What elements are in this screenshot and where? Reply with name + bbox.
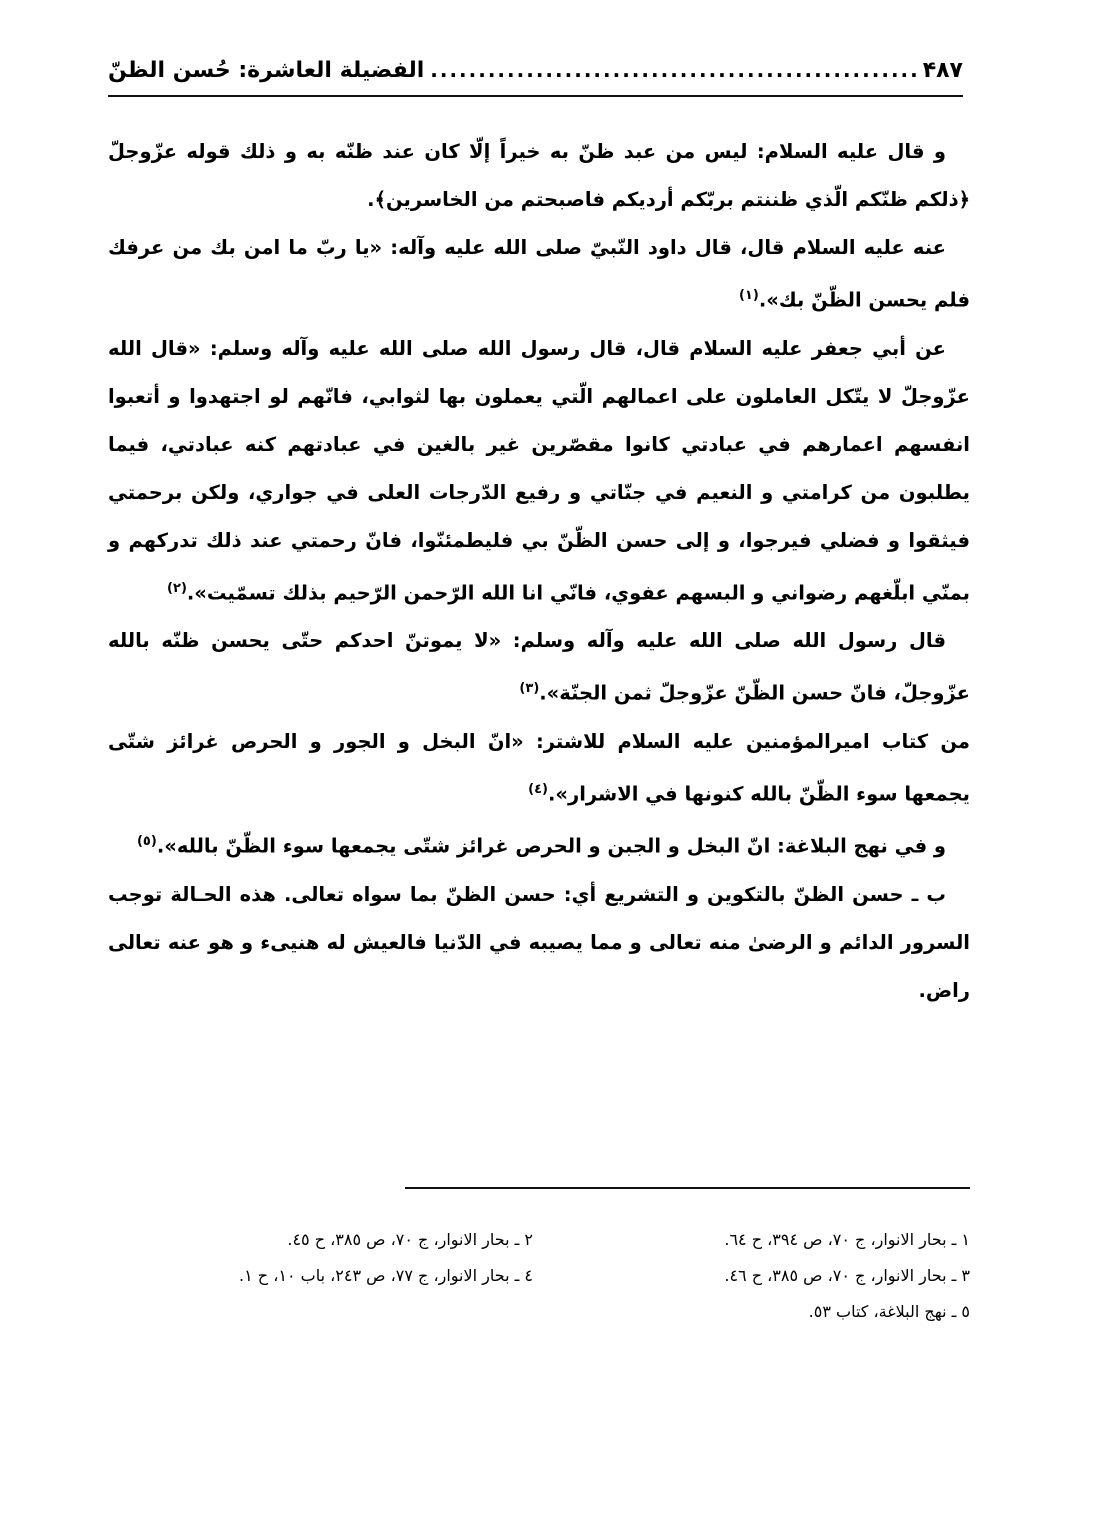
leader-dots: ........................................…	[430, 58, 916, 82]
page-number: ۴۸۷	[923, 58, 963, 83]
book-page: الفضيلة العاشرة: حُسن الظنّ ............…	[0, 0, 1093, 1538]
footnote-row: ٥ ـ نهج البلاغة، كتاب ٥٣.	[108, 1294, 970, 1330]
main-text: و قال عليه السلام: ليس من عبد ظنّ به خير…	[108, 128, 970, 1015]
chapter-title: الفضيلة العاشرة: حُسن الظنّ	[108, 58, 424, 83]
paragraph-5: من كتاب اميرالمؤمنين عليه السلام للاشتر:…	[108, 718, 970, 819]
paragraph-4: قال رسول الله صلى الله عليه وآله وسلم: «…	[108, 617, 970, 718]
footnote-4: ٤ ـ بحار الانوار، ج ٧٧، ص ٢٤٣، باب ١٠، ح…	[108, 1258, 539, 1294]
footnote-row: ١ ـ بحار الانوار، ج ٧٠، ص ٣٩٤، ح ٦٤. ٢ ـ…	[108, 1222, 970, 1258]
footnote-5: ٥ ـ نهج البلاغة، كتاب ٥٣.	[539, 1294, 970, 1330]
paragraph-3: عن أبي جعفر عليه السلام قال، قال رسول ال…	[108, 325, 970, 618]
footnote-ref-1[interactable]: (١)	[739, 288, 759, 303]
paragraph-2: عنه عليه السلام قال، قال داود النّبيّ صل…	[108, 224, 970, 325]
footnote-2: ٢ ـ بحار الانوار، ج ٧٠، ص ٣٨٥، ح ٤٥.	[108, 1222, 539, 1258]
footnote-1: ١ ـ بحار الانوار، ج ٧٠، ص ٣٩٤، ح ٦٤.	[539, 1222, 970, 1258]
footnote-row: ٣ ـ بحار الانوار، ج ٧٠، ص ٣٨٥، ح ٤٦. ٤ ـ…	[108, 1258, 970, 1294]
footnotes: ١ ـ بحار الانوار، ج ٧٠، ص ٣٩٤، ح ٦٤. ٢ ـ…	[108, 1222, 970, 1330]
footnote-ref-2[interactable]: (٢)	[167, 581, 187, 596]
running-header: الفضيلة العاشرة: حُسن الظنّ ............…	[108, 48, 963, 92]
paragraph-6: و في نهج البلاغة: انّ البخل و الجبن و ال…	[108, 818, 970, 871]
paragraph-7: ب ـ حسن الظنّ بالتكوين و التشريع أي: حسن…	[108, 871, 970, 1015]
footnote-ref-3[interactable]: (٣)	[519, 681, 539, 696]
footnote-ref-5[interactable]: (٥)	[137, 834, 157, 849]
paragraph-1: و قال عليه السلام: ليس من عبد ظنّ به خير…	[108, 128, 970, 224]
footnote-ref-4[interactable]: (٤)	[528, 782, 548, 797]
footnote-3: ٣ ـ بحار الانوار، ج ٧٠، ص ٣٨٥، ح ٤٦.	[539, 1258, 970, 1294]
footnote-divider	[405, 1187, 970, 1189]
header-divider	[108, 95, 963, 97]
